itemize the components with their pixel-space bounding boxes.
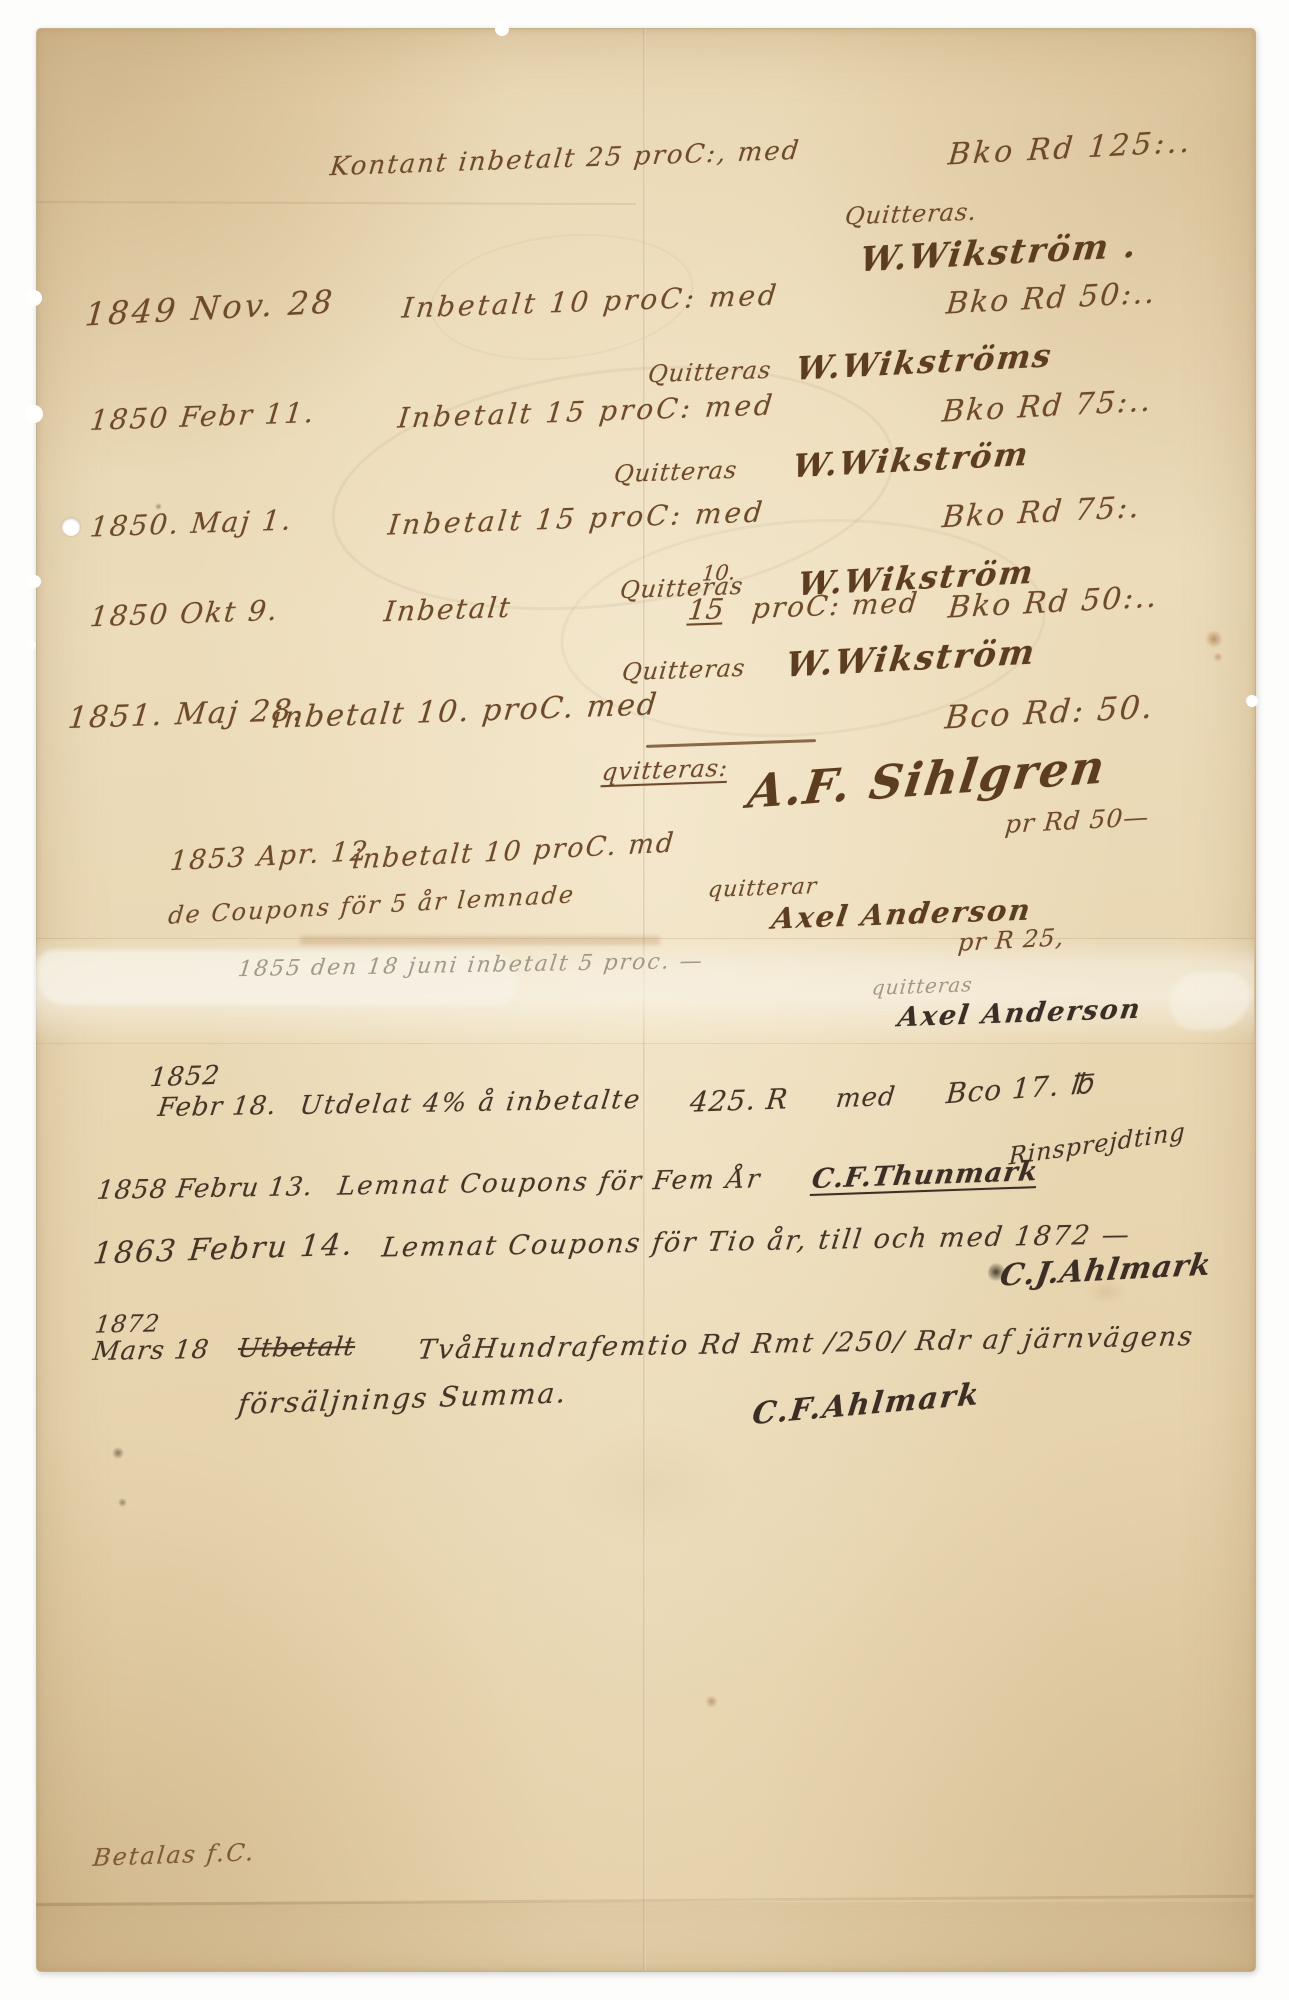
entry-1850okt-receipt: Quitteras	[621, 656, 747, 684]
entry-1850maj-amount: Bko Rd 75:.	[941, 493, 1142, 534]
entry-1850okt-signature: W.Wikström	[784, 635, 1038, 682]
entry-1849-signature: W.Wikströms	[794, 339, 1054, 385]
entry-1850feb-text: Inbetalt 15 proC: med	[397, 391, 777, 432]
entry-1850feb-date: 1850 Febr 11.	[89, 399, 317, 435]
entry-1851-text: inbetalt 10. proC. med	[271, 690, 660, 734]
entry-1850feb-signature: W.Wikström	[791, 438, 1031, 483]
footer-note: Betalas f.C.	[92, 1840, 257, 1870]
entry-1853-text: inbetalt 10 proC. md	[351, 829, 676, 873]
entry-1872-text: TvåHundrafemtio Rd Rmt /250/ Rdr af järn…	[416, 1323, 1195, 1364]
entry-1858-text: Lemnat Coupons för Fem År	[336, 1166, 762, 1199]
entry-1872-text2: försäljnings Summa.	[237, 1379, 569, 1419]
entry-1872-struck-word: Utbetalt	[236, 1334, 356, 1362]
ledger-1852-date: Febr 18.	[156, 1093, 278, 1121]
entry-1855-receipt-faded: quitteras	[871, 974, 974, 998]
entry-1850okt-date: 1850 Okt 9.	[89, 597, 281, 632]
entry-1863-text: Lemnat Coupons för Tio år, till och med …	[380, 1221, 1132, 1261]
entry-1853-note: pr R 25,	[957, 925, 1065, 955]
entry-1855-signature-anderson: Axel Anderson	[896, 996, 1143, 1032]
entry-1851-receipt: qvitteras:	[601, 756, 730, 785]
header-receipt: Quitteras.	[844, 200, 978, 229]
entry-1850maj-text: Inbetalt 15 proC: med	[387, 498, 767, 539]
ledger-year-1852: 1852	[149, 1063, 222, 1092]
ink-dash-line	[646, 739, 816, 748]
handwriting-layer: Kontant inbetalt 25 proC:, med Bko Rd 12…	[0, 0, 1289, 2000]
entry-1850feb-receipt: Quitteras	[613, 458, 739, 486]
entry-1850okt-text-post: proC: med	[751, 589, 921, 623]
ledger-1852-joiner: med	[835, 1084, 897, 1112]
scanned-document-page: Kontant inbetalt 25 proC:, med Bko Rd 12…	[0, 0, 1289, 2000]
entry-1850okt-text-value: 15	[687, 595, 726, 624]
header-line: Kontant inbetalt 25 proC:, med	[329, 138, 802, 181]
entry-1853-receipt: quitterar	[707, 876, 818, 902]
entry-1851-amount: Bco Rd: 50.	[944, 690, 1156, 733]
entry-1863-date: 1863 Febru 14.	[91, 1230, 355, 1269]
header-signature: W.Wikström .	[858, 229, 1140, 278]
entry-1855-text-faded: 1855 den 18 juni inbetalt 5 proc. —	[237, 951, 705, 981]
entry-1872-signature-ahlmark: C.F.Ahlmark	[751, 1380, 983, 1430]
entry-1850okt-correction: 10.	[701, 562, 737, 584]
entry-1849-text: Inbetalt 10 proC: med	[401, 281, 781, 322]
entry-1849-receipt: Quitteras	[647, 358, 773, 386]
entry-1850okt-text-pre: Inbetalt	[383, 594, 514, 627]
ledger-1852-amount: 425. R	[689, 1085, 790, 1117]
header-amount: Bko Rd 125:..	[947, 128, 1194, 171]
entry-1851-note: pr Rd 50—	[1004, 804, 1151, 837]
entry-1853-text2: de Coupons för 5 år lemnade	[167, 882, 576, 927]
ledger-1852-value: Bco 17. ℔	[945, 1070, 1094, 1108]
entry-1849-date: 1849 Nov. 28	[84, 285, 337, 330]
entry-1858-date: 1858 Febru 13.	[95, 1174, 314, 1204]
entry-1851-signature-sihlgren: A.F. Sihlgren	[745, 743, 1109, 815]
ledger-1852-text: Utdelat 4% å inbetalte	[298, 1087, 643, 1119]
entry-1863-signature-ahlmark: C.J.Ahlmark	[998, 1250, 1214, 1291]
entry-1850feb-amount: Bko Rd 75:..	[941, 386, 1154, 427]
entry-1850maj-date: 1850. Maj 1.	[89, 506, 295, 541]
entry-1858-signature-thunmark: C.F.Thunmark	[810, 1158, 1040, 1193]
entry-1872-year: 1872	[94, 1311, 162, 1336]
entry-1849-amount: Bko Rd 50:..	[945, 278, 1158, 319]
entry-1872-date: Mars 18	[91, 1337, 210, 1365]
entry-1853-date: 1853 Apr. 12	[169, 838, 371, 876]
entry-1850okt-amount: Bko Rd 50:..	[947, 582, 1160, 623]
